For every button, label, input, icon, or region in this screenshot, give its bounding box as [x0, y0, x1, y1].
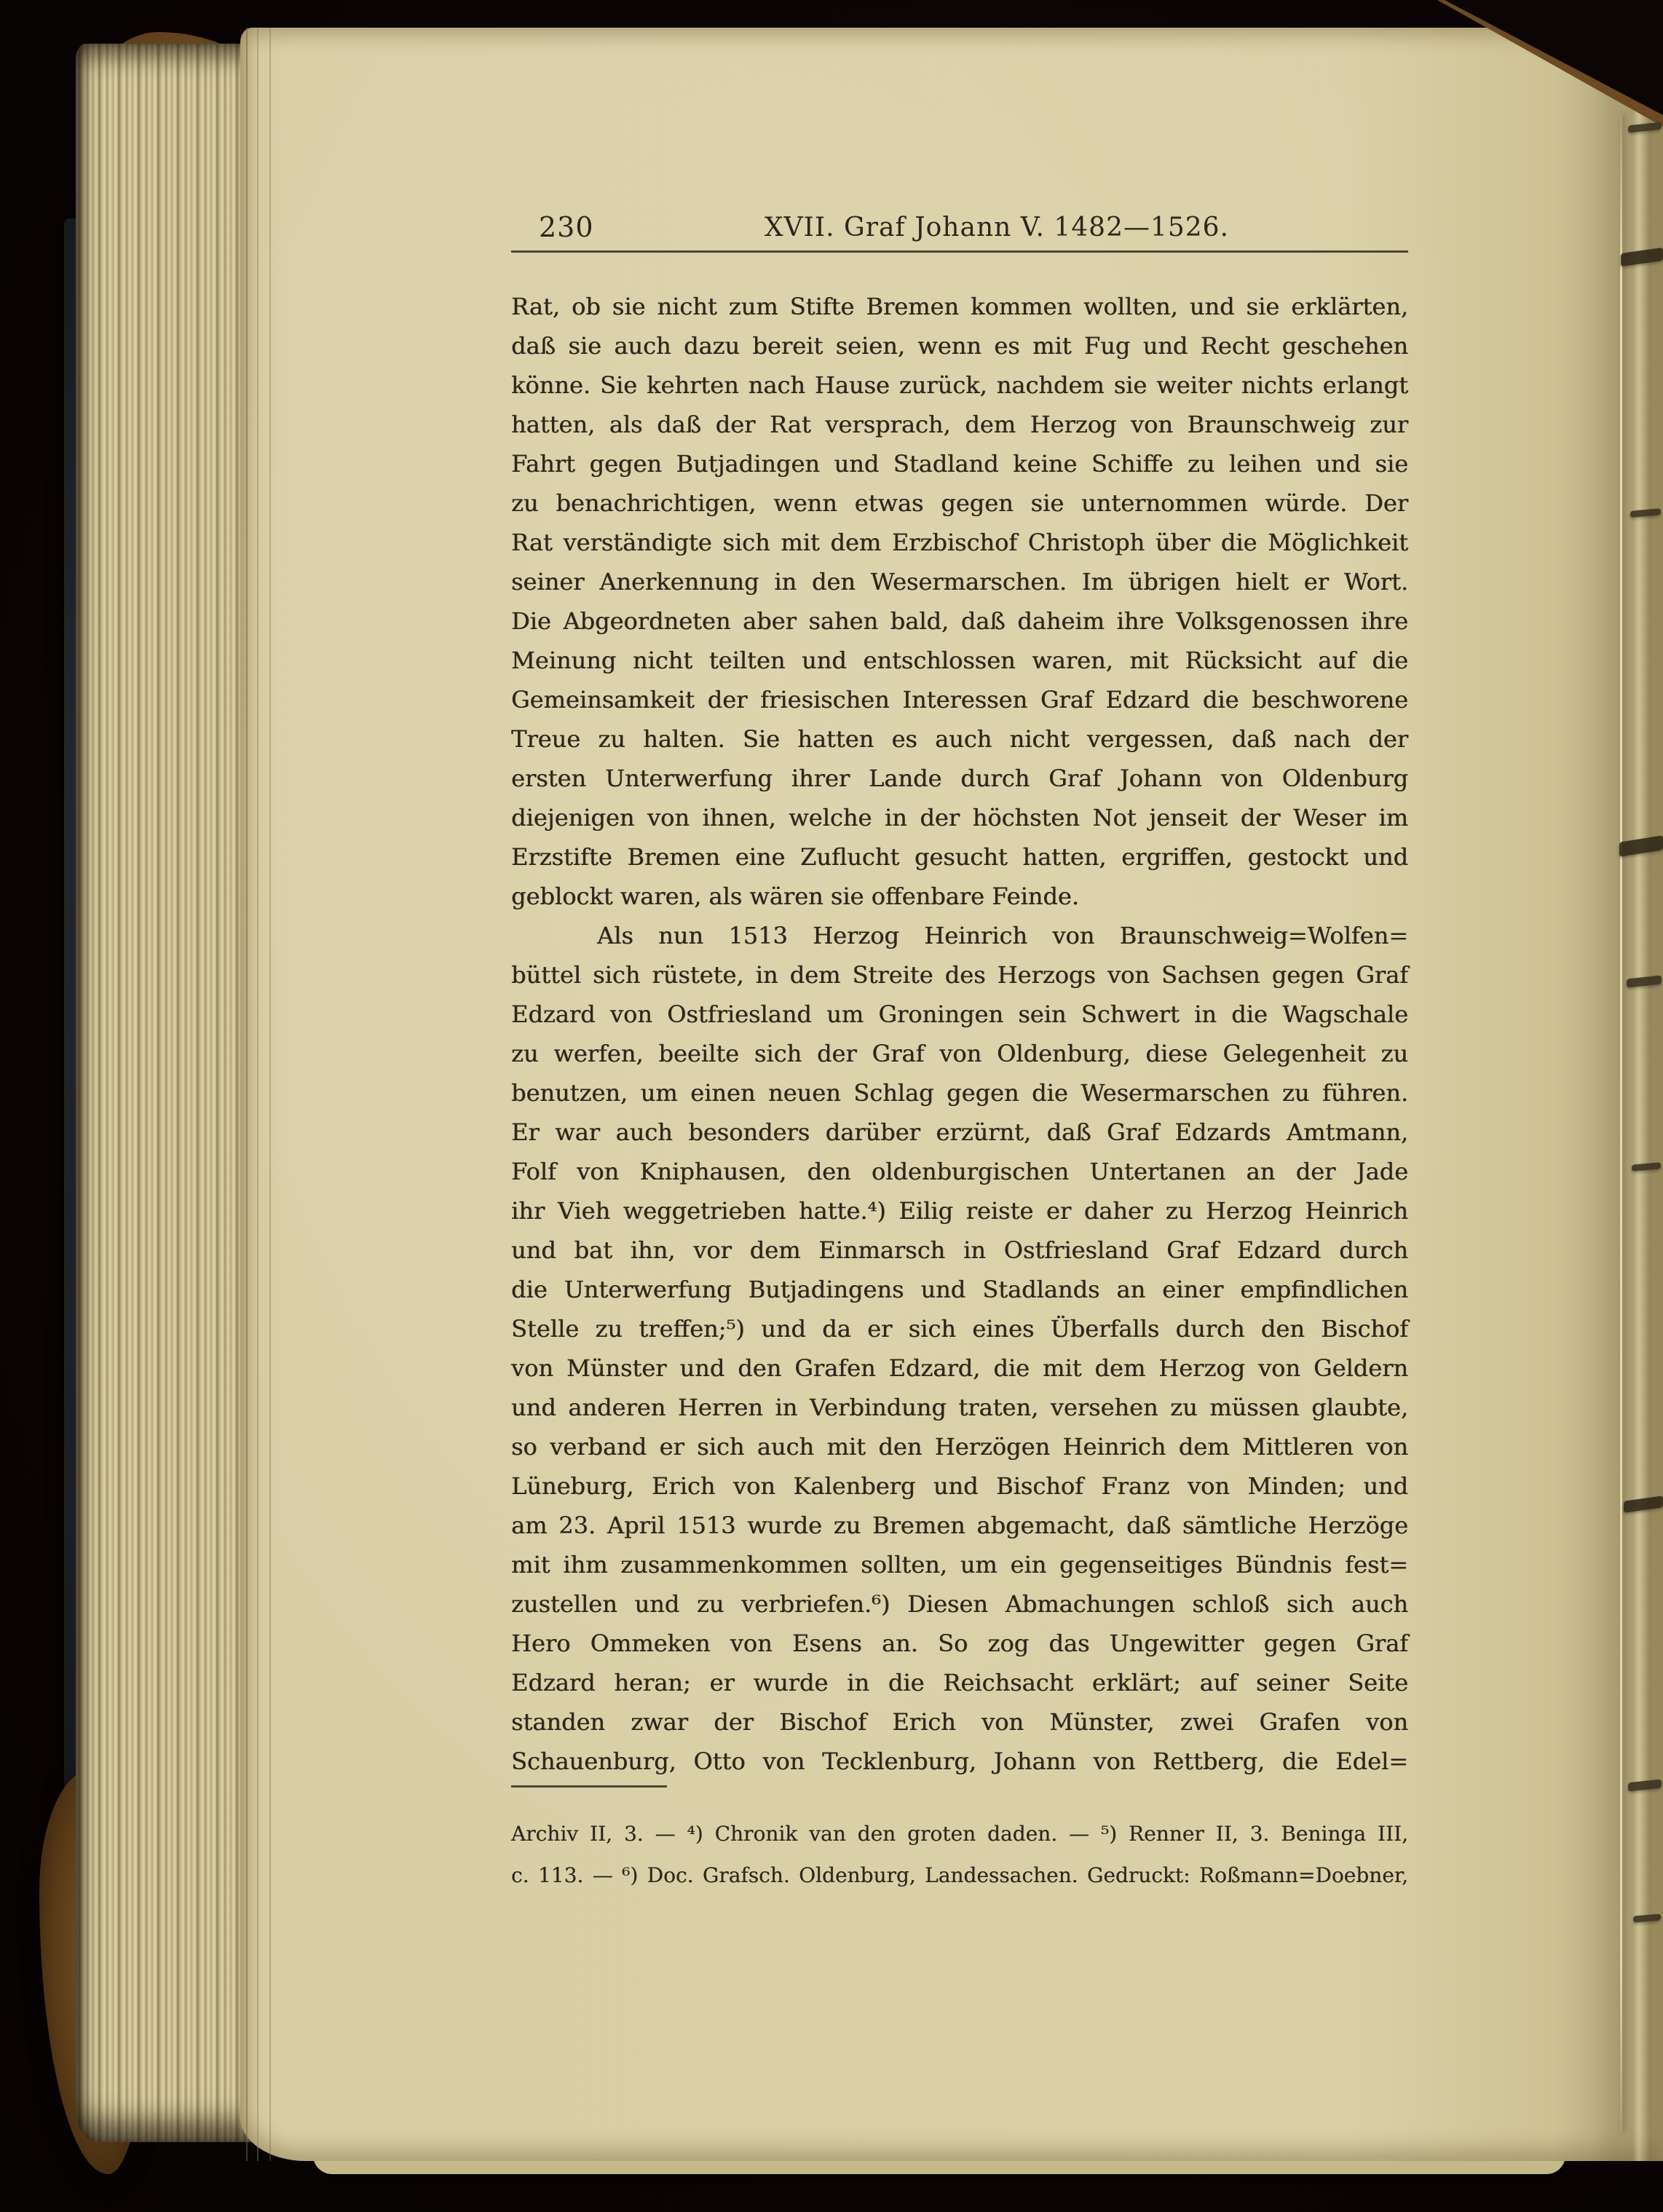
text-line: zu werfen, beeilte sich der Graf von Old… — [511, 1034, 1408, 1073]
text-line: und anderen Herren in Verbindung traten,… — [511, 1388, 1408, 1427]
text-line: Er war auch besonders darüber erzürnt, d… — [511, 1113, 1408, 1152]
paragraph-1-last-line: geblockt waren, als wären sie offenbare … — [511, 877, 1408, 916]
footnote-line: Archiv II, 3. — ⁴) Chronik van den grote… — [511, 1813, 1408, 1854]
header-rule — [511, 250, 1408, 253]
gutter-fold-line — [1620, 115, 1622, 2132]
text-line: Erzstifte Bremen eine Zuflucht gesucht h… — [511, 837, 1408, 877]
text-line: Folf von Kniphausen, den oldenburgischen… — [511, 1152, 1408, 1191]
book-photo: 230 XVII. Graf Johann V. 1482—1526. Rat,… — [0, 0, 1663, 2212]
text-line: von Münster und den Grafen Edzard, die m… — [511, 1348, 1408, 1388]
text-line: Meinung nicht teilten und entschlossen w… — [511, 641, 1408, 680]
paragraph-2: büttel sich rüstete, in dem Streite des … — [511, 955, 1408, 1781]
text-line: am 23. April 1513 wurde zu Bremen abgema… — [511, 1506, 1408, 1545]
text-line: büttel sich rüstete, in dem Streite des … — [511, 955, 1408, 995]
text-line: mit ihm zusammenkommen sollten, um ein g… — [511, 1545, 1408, 1584]
page-number: 230 — [539, 211, 594, 243]
text-line: benutzen, um einen neuen Schlag gegen di… — [511, 1073, 1408, 1113]
text-line: daß sie auch dazu bereit seien, wenn es … — [511, 326, 1408, 366]
text-line: zu benachrichtigen, wenn etwas gegen sie… — [511, 483, 1408, 523]
body-text: Rat, ob sie nicht zum Stifte Bremen komm… — [511, 287, 1408, 1781]
paragraph-2-first-line: Als nun 1513 Herzog Heinrich von Braunsc… — [511, 916, 1408, 955]
text-line: Fahrt gegen Butjadingen und Stadland kei… — [511, 444, 1408, 483]
text-line: und bat ihn, vor dem Einmarsch in Ostfri… — [511, 1231, 1408, 1270]
text-line: diejenigen von ihnen, welche in der höch… — [511, 798, 1408, 837]
footnote-line: c. 113. — ⁶) Doc. Grafsch. Oldenburg, La… — [511, 1854, 1408, 1896]
text-line: Lüneburg, Erich von Kalenberg und Bischo… — [511, 1466, 1408, 1506]
text-line: ersten Unterwerfung ihrer Lande durch Gr… — [511, 759, 1408, 798]
text-line: die Unterwerfung Butjadingens und Stadla… — [511, 1270, 1408, 1309]
text-line: Hero Ommeken von Esens an. So zog das Un… — [511, 1624, 1408, 1663]
text-line: so verband er sich auch mit den Herzögen… — [511, 1427, 1408, 1466]
text-line: standen zwar der Bischof Erich von Münst… — [511, 1702, 1408, 1742]
paragraph-1: Rat, ob sie nicht zum Stifte Bremen komm… — [511, 287, 1408, 877]
text-line: Rat verständigte sich mit dem Erzbischof… — [511, 523, 1408, 562]
text-line: ihr Vieh weggetrieben hatte.⁴) Eilig rei… — [511, 1191, 1408, 1231]
text-line: Edzard heran; er wurde in die Reichsacht… — [511, 1663, 1408, 1702]
text-line: Gemeinsamkeit der friesischen Interessen… — [511, 680, 1408, 719]
gutter-shadow — [1554, 28, 1663, 2161]
text-line: seiner Anerkennung in den Wesermarschen.… — [511, 562, 1408, 601]
text-line: Stelle zu treffen;⁵) und da er sich eine… — [511, 1309, 1408, 1348]
text-line: Treue zu halten. Sie hatten es auch nich… — [511, 719, 1408, 759]
text-line: Edzard von Ostfriesland um Groningen sei… — [511, 995, 1408, 1034]
running-header: 230 XVII. Graf Johann V. 1482—1526. — [511, 211, 1408, 248]
text-line: könne. Sie kehrten nach Hause zurück, na… — [511, 366, 1408, 405]
text-line: Rat, ob sie nicht zum Stifte Bremen komm… — [511, 287, 1408, 326]
footnote-rule — [511, 1785, 667, 1788]
footnotes: Archiv II, 3. — ⁴) Chronik van den grote… — [511, 1813, 1408, 1896]
page-fold-lines — [246, 28, 280, 2161]
text-line: Schauenburg, Otto von Tecklenburg, Johan… — [511, 1742, 1408, 1781]
text-line: zustellen und zu verbriefen.⁶) Diesen Ab… — [511, 1584, 1408, 1624]
book-page: 230 XVII. Graf Johann V. 1482—1526. Rat,… — [240, 28, 1663, 2161]
chapter-title: XVII. Graf Johann V. 1482—1526. — [765, 213, 1229, 242]
text-line: Die Abgeordneten aber sahen bald, daß da… — [511, 601, 1408, 641]
text-line: hatten, als daß der Rat versprach, dem H… — [511, 405, 1408, 444]
